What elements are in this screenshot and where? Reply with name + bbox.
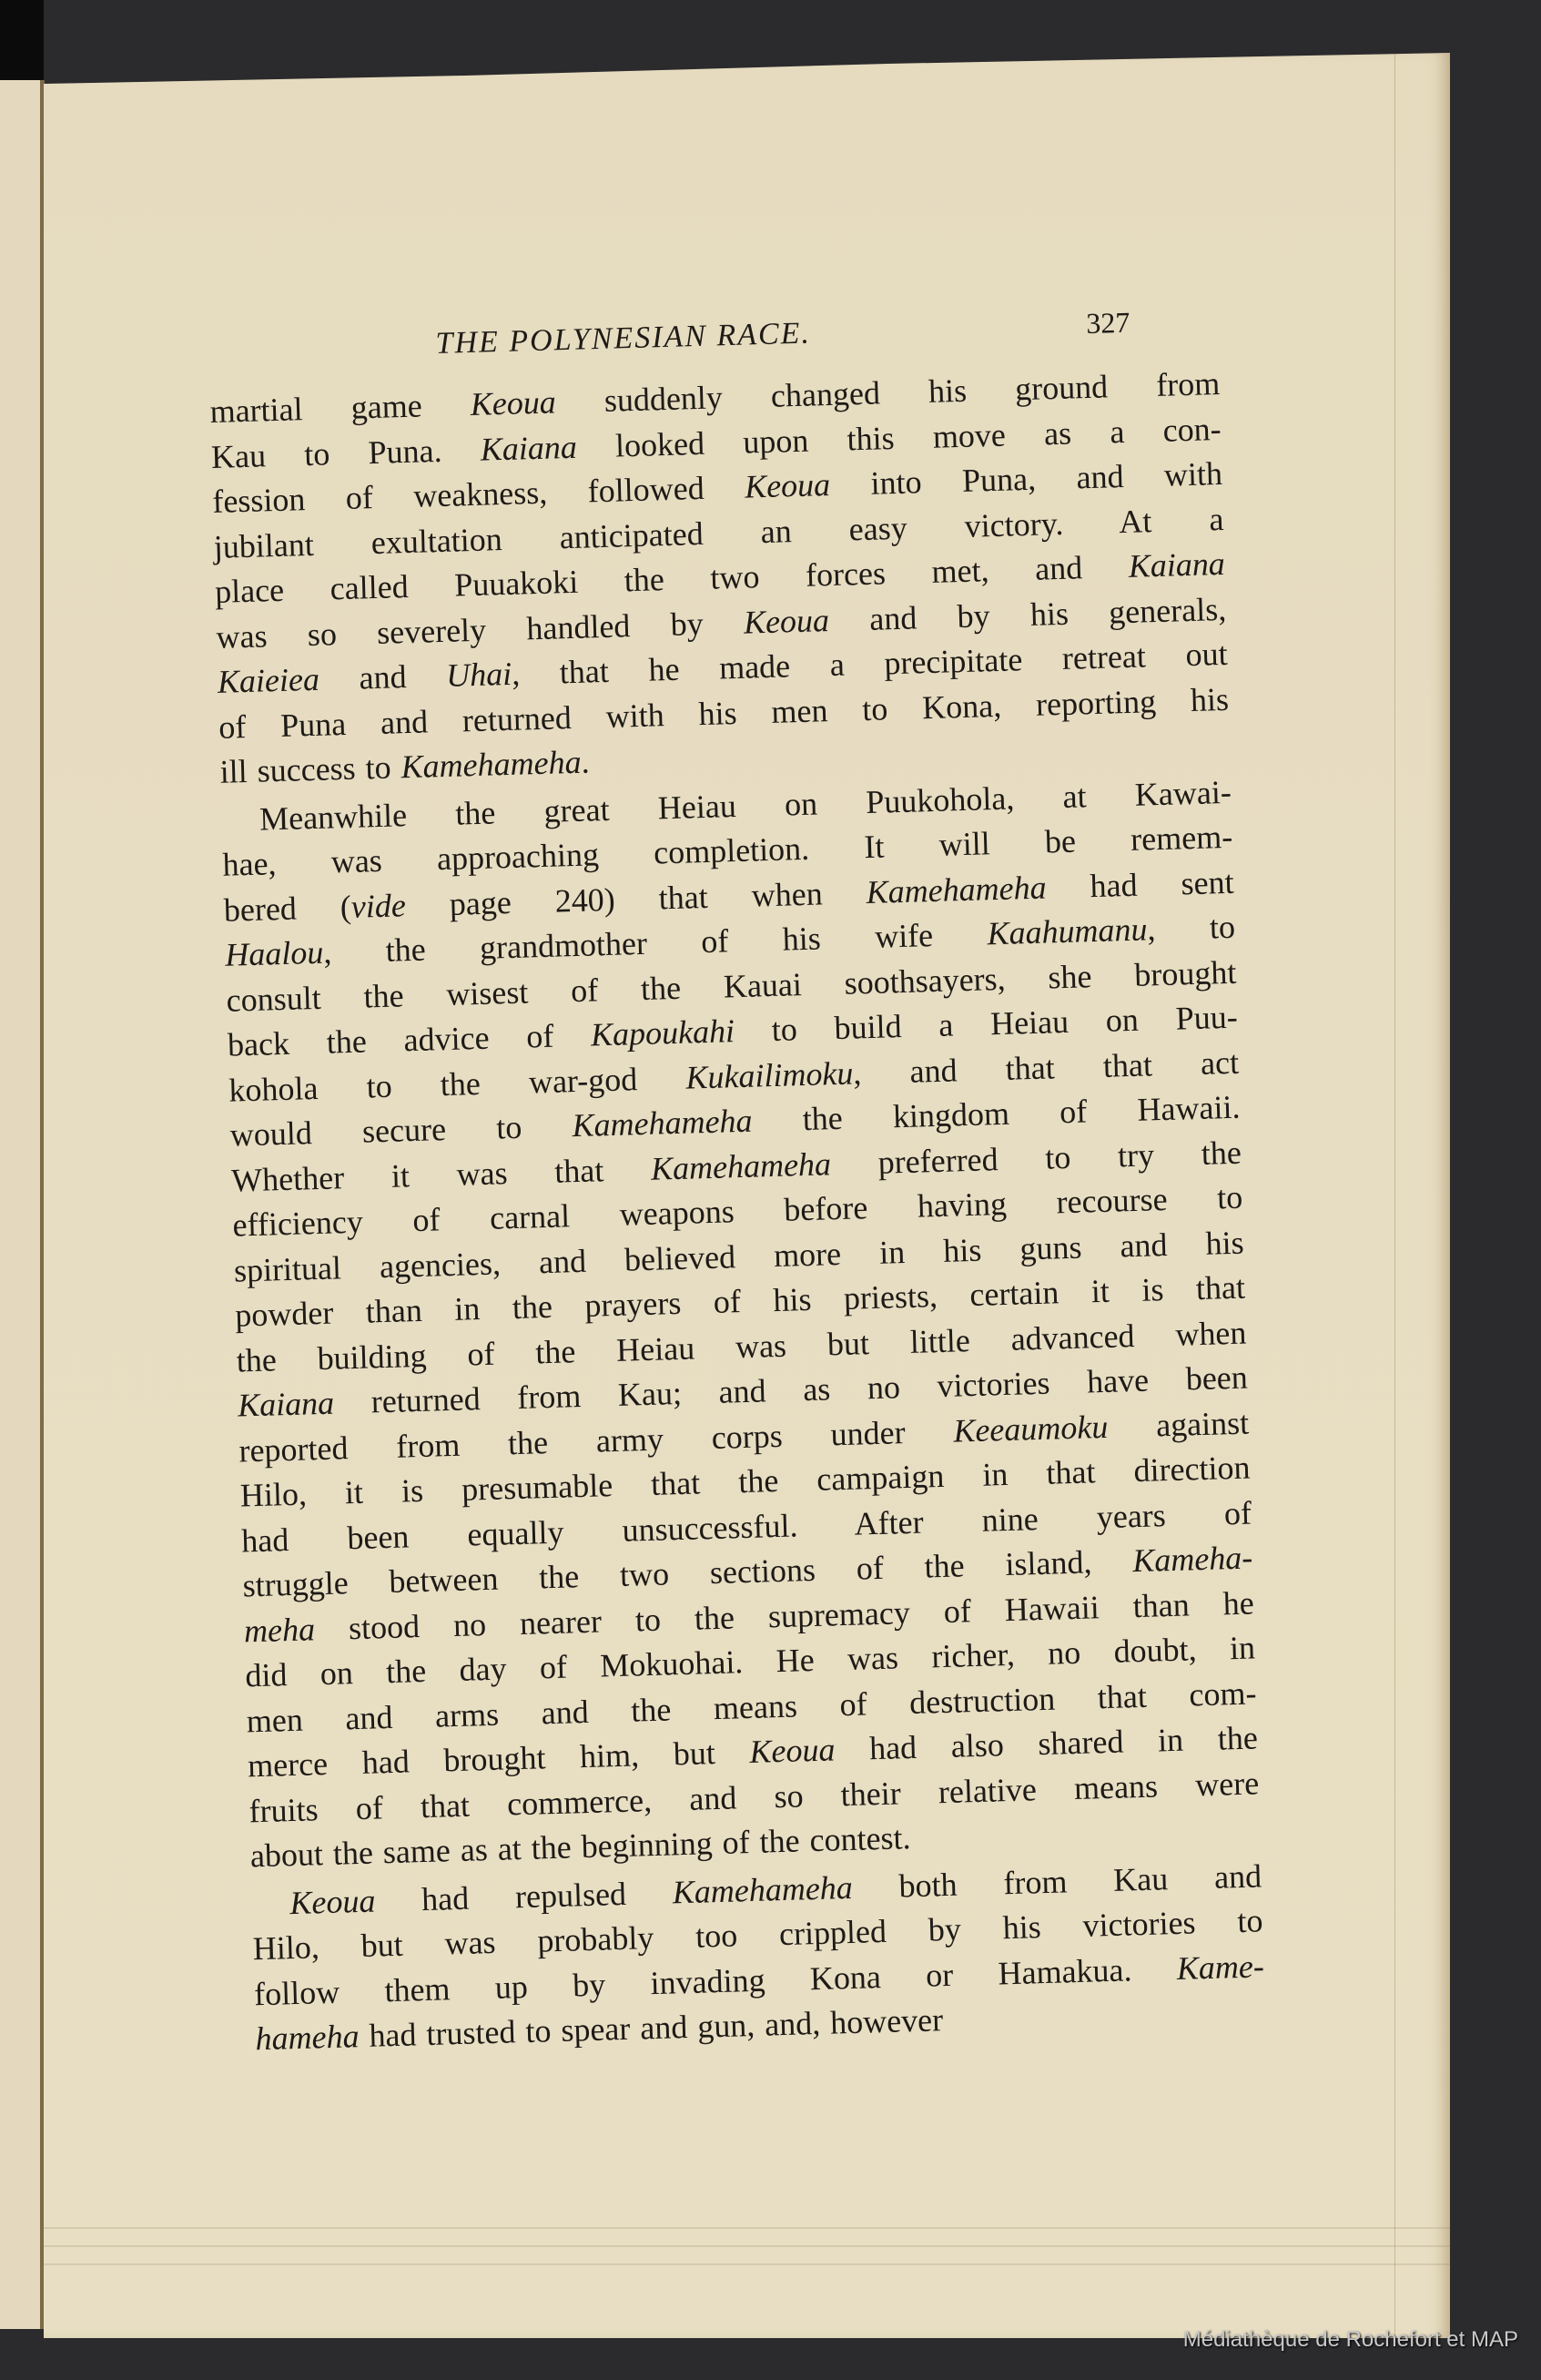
body-text: martial game Keoua suddenly changed his … — [209, 361, 1266, 2062]
text-run: Whether it was that — [231, 1150, 652, 1198]
text-run: kohola to the war-god — [228, 1059, 686, 1108]
spine-shadow — [0, 0, 44, 91]
text-run: into Puna, and with — [830, 455, 1223, 503]
italic-name: Kamehameha — [672, 1868, 853, 1910]
italic-name: Keoua — [745, 466, 831, 505]
paragraph: Meanwhile the great Heiau on Puukohola, … — [220, 769, 1261, 1879]
italic-name: Kaahumanu — [987, 910, 1148, 951]
page-number: 327 — [1086, 306, 1130, 341]
text-run: preferred to try the — [830, 1134, 1242, 1182]
italic-name: Kaiana — [1128, 545, 1225, 585]
text-run: the kingdom of Hawaii. — [752, 1089, 1241, 1139]
italic-name: Keoua — [289, 1882, 376, 1921]
italic-name: Keoua — [743, 602, 829, 641]
italic-name: Kukailimoku — [685, 1054, 854, 1095]
text-run: and by his generals, — [828, 590, 1226, 637]
text-run: against — [1108, 1404, 1250, 1444]
italic-name: Kaieiea — [217, 661, 319, 700]
paragraph: martial game Keoua suddenly changed his … — [209, 361, 1231, 795]
text-run: had repulsed — [375, 1874, 674, 1918]
italic-name: Kameha- — [1132, 1539, 1253, 1579]
text-run: would secure to — [229, 1107, 573, 1153]
text-run: bered ( — [223, 888, 351, 928]
text-run: , and that that act — [853, 1043, 1240, 1091]
text-run: both from Kau and — [852, 1857, 1262, 1906]
text-run: and — [319, 657, 446, 697]
text-run: to build a Heiau on Puu- — [734, 999, 1238, 1049]
paragraph: Keoua had repulsed Kamehameha both from … — [251, 1854, 1266, 2062]
italic-name: Haalou — [225, 934, 324, 973]
italic-name: Kamehameha — [866, 869, 1047, 910]
italic-name: Keeaumoku — [953, 1408, 1109, 1449]
running-title: THE POLYNESIAN RACE. — [435, 317, 811, 361]
italic-name: vide — [350, 887, 406, 925]
italic-name: Keoua — [749, 1731, 836, 1770]
text-run: Kau to Puna. — [210, 431, 481, 474]
italic-name: Keoua — [470, 383, 556, 422]
text-run: , to — [1147, 909, 1236, 948]
book-page: THE POLYNESIAN RACE. 327 martial game Ke… — [44, 53, 1450, 2338]
text-run: had also shared in the — [835, 1719, 1258, 1767]
text-run: back the advice of — [227, 1017, 591, 1063]
italic-name: meha — [243, 1611, 315, 1649]
text-run: page 240) that when — [405, 874, 867, 923]
italic-name: Uhai — [446, 656, 512, 694]
text-run: . — [581, 743, 590, 779]
facing-page-edge — [0, 80, 45, 2329]
italic-name: Kaiana — [480, 428, 577, 467]
text-run: had sent — [1046, 863, 1234, 905]
watermark: Médiathèque de Rochefort et MAP — [1183, 2327, 1518, 2353]
italic-name: Kapoukahi — [590, 1012, 735, 1053]
italic-name: Kamehameha — [650, 1145, 831, 1187]
text-run: martial game — [209, 386, 471, 430]
text-run: ill success to — [219, 748, 401, 790]
text-block: THE POLYNESIAN RACE. 327 martial game Ke… — [208, 298, 1266, 2062]
text-run: merce had brought him, but — [248, 1734, 750, 1784]
italic-name: Kame- — [1176, 1948, 1264, 1987]
italic-name: Kaiana — [238, 1385, 335, 1424]
italic-name: Kamehameha — [400, 744, 582, 786]
italic-name: hameha — [255, 2018, 360, 2057]
italic-name: Kamehameha — [572, 1103, 753, 1144]
